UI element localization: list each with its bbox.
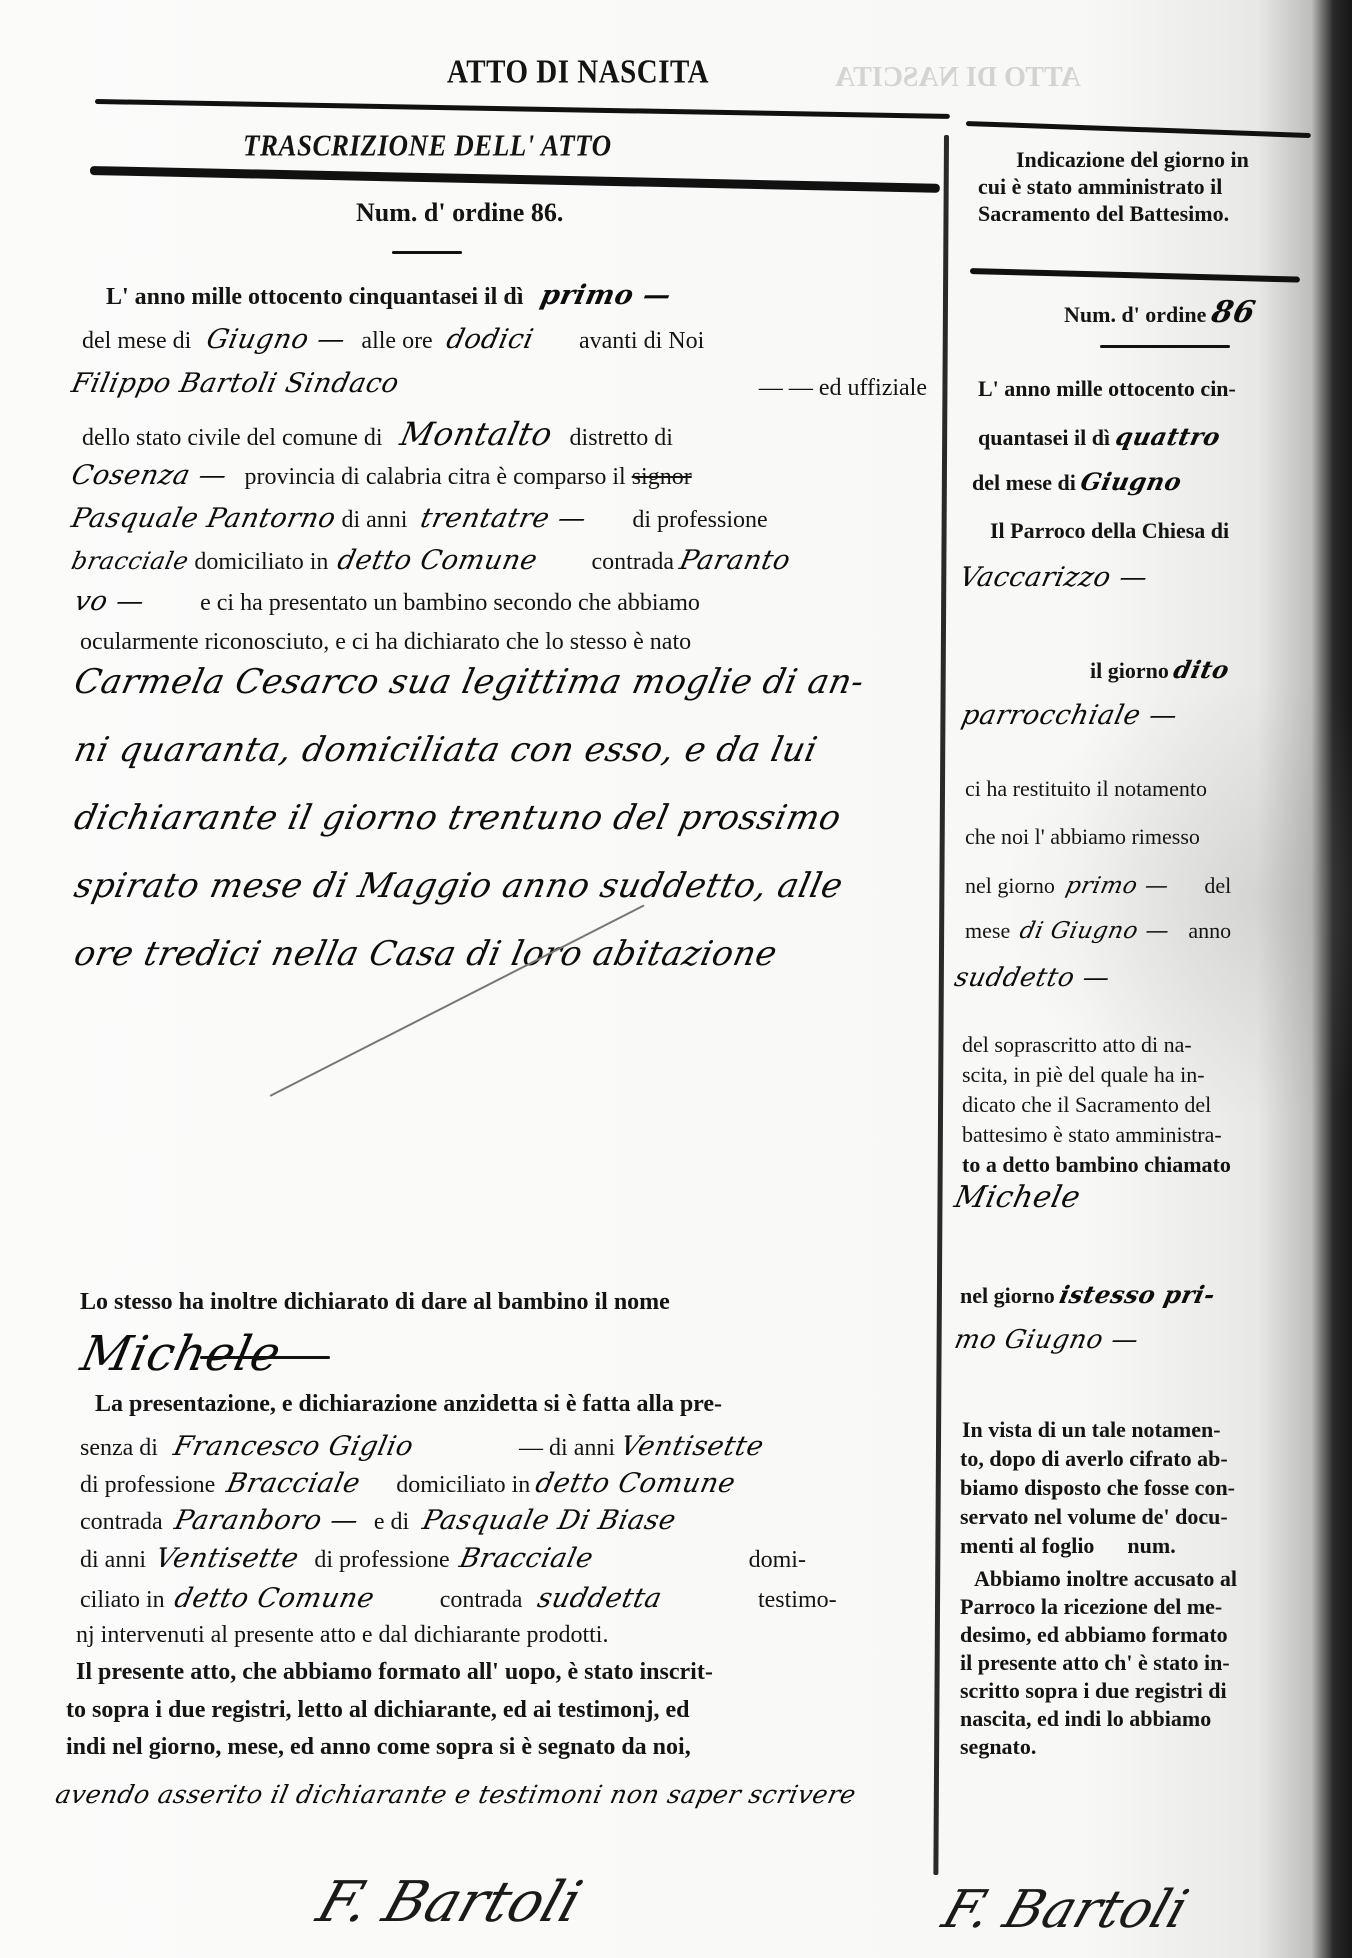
printed-text: nel giorno <box>965 873 1055 898</box>
printed-text: dello stato civile del comune di <box>82 425 383 451</box>
intro-line-5: Cosenza — provincia di calabria citra è … <box>72 462 692 489</box>
closing-line-2: to sopra i due registri, letto al dichia… <box>66 1698 689 1722</box>
printed-text: di anni <box>80 1547 146 1573</box>
struck-text: signor <box>632 464 692 490</box>
order-number: Num. d' ordine 86. <box>356 200 563 226</box>
printed-text: avanti di Noi <box>579 328 704 354</box>
intro-line-4: dello stato civile del comune di Montalt… <box>82 418 927 450</box>
handwritten-parish-note: parrocchiale — <box>959 700 1181 731</box>
handwritten-parish: Vaccarizzo — <box>957 562 1151 593</box>
printed-text: testimo- <box>758 1587 837 1613</box>
declaration-line: dichiarante il giorno trentuno del pross… <box>65 798 868 866</box>
intro-line-7: bracciale domiciliato in detto Comune co… <box>72 547 790 574</box>
closing-handwritten-note: avendo asserito il dichiarante e testimo… <box>53 1780 859 1809</box>
handwritten-baptism-day: istesso pri- <box>1058 1283 1218 1307</box>
witness-line-3: di professione Bracciale domiciliato in … <box>80 1470 735 1497</box>
paragraph-line: scritto sopra i due registri di <box>960 1677 1237 1705</box>
handwritten-witness-2-age: Ventisette <box>153 1545 301 1572</box>
printed-text: provincia di calabria citra è comparso i… <box>245 464 626 490</box>
name-underline <box>200 1356 330 1359</box>
intro-line-2: del mese di Giugno — alle ore dodici ava… <box>82 326 704 353</box>
witness-line-7: nj intervenuti al presente atto e dal di… <box>76 1623 608 1647</box>
order-number-value: 86. <box>531 198 564 227</box>
witness-line-4: contrada Paranboro — e di Pasquale Di Bi… <box>80 1507 676 1534</box>
printed-text: contrada <box>80 1509 163 1535</box>
handwritten-comune: Montalto <box>397 418 555 450</box>
paragraph-line: battesimo è stato amministra- <box>962 1120 1231 1150</box>
handwritten-child-name: Michele <box>76 1326 286 1382</box>
name-statement: Lo stesso ha inoltre dichiarato di dare … <box>80 1290 670 1314</box>
right-line-1: L' anno mille ottocento cin- <box>978 378 1236 400</box>
printed-text: di professione <box>314 1547 449 1573</box>
handwritten-witness-2: Pasquale Di Biase <box>420 1507 678 1534</box>
intro-line-9: ocularmente riconosciuto, e ci ha dichia… <box>80 630 691 654</box>
document-title: ATTO DI NASCITA <box>447 56 709 89</box>
handwritten-witness-2-profession: Bracciale <box>457 1545 596 1572</box>
printed-text: mese <box>965 918 1010 943</box>
paragraph-line: In vista di un tale notamen- <box>960 1415 1235 1444</box>
right-paragraph-2: In vista di un tale notamen- to, dopo di… <box>960 1415 1235 1560</box>
subtitle-rule <box>90 166 940 193</box>
paragraph-line: menti al foglio num. <box>960 1531 1235 1560</box>
printed-text: nel giorno <box>960 1283 1055 1308</box>
intro-line-1: L' anno mille ottocento cinquantasei il … <box>106 282 671 309</box>
paragraph-line: nascita, ed indi lo abbiamo <box>960 1705 1237 1733</box>
order-number-label: Num. d' ordine <box>356 198 524 227</box>
document-subtitle: TRASCRIZIONE DELL' ATTO <box>243 130 612 161</box>
heading-line: Sacramento del Battesimo. <box>978 200 1249 227</box>
paragraph-line: Parroco la ricezione del me- <box>960 1593 1237 1621</box>
handwritten-age: trentatre — <box>419 505 590 532</box>
printed-text: contrada <box>591 549 674 575</box>
handwritten-day: quattro <box>1113 425 1222 449</box>
order-number-value: 86 <box>1209 298 1258 328</box>
printed-text: di anni <box>341 507 407 533</box>
right-line-4: Il Parroco della Chiesa di <box>990 520 1229 542</box>
printed-text: del <box>1204 873 1231 898</box>
signature-left: F. Bartoli <box>309 1870 589 1935</box>
paragraph-line: desimo, ed abbiamo formato <box>960 1621 1237 1649</box>
declaration-line: Carmela Cesarco sua legittima moglie di … <box>65 662 868 730</box>
handwritten-baptism-month: mo Giugno — <box>952 1325 1142 1355</box>
printed-text: anno <box>1188 918 1231 943</box>
handwritten-child-name: Michele <box>951 1180 1083 1215</box>
right-top-rule <box>966 121 1311 138</box>
handwritten-witness-2-residence: detto Comune <box>172 1585 377 1612</box>
handwritten-witness-1: Francesco Giglio <box>171 1433 416 1460</box>
right-heading: Indicazione del giorno in cui è stato am… <box>978 146 1249 227</box>
handwritten-witness-1-profession: Bracciale <box>224 1470 363 1497</box>
handwritten-contrada: Paranto <box>677 547 793 574</box>
printed-text: — — ed uffiziale <box>759 376 927 400</box>
bleedthrough-text: ATTO DI NASCITA <box>835 62 1081 94</box>
printed-text: del mese di <box>972 470 1076 495</box>
handwritten-declarant: Pasquale Pantorno <box>69 505 338 532</box>
printed-text: e ci ha presentato un bambino secondo ch… <box>200 590 700 616</box>
right-paragraph-1: del soprascritto atto di na- scita, in p… <box>962 1030 1231 1180</box>
printed-text: domiciliato in <box>194 549 328 575</box>
printed-text: il giorno <box>1090 658 1169 683</box>
handwritten-day: dito <box>1172 658 1232 682</box>
right-line-3: del mese di Giugno <box>972 470 1182 494</box>
handwritten-day: primo — <box>1064 875 1171 898</box>
printed-text: distretto di <box>570 425 673 451</box>
right-heading-rule <box>970 268 1300 283</box>
handwritten-month: di Giugno — <box>1017 920 1171 943</box>
handwritten-year: suddetto — <box>952 963 1113 993</box>
right-line-13: nel giorno istesso pri- <box>960 1283 1215 1307</box>
ornament-rule <box>392 251 462 254</box>
declaration-block: Carmela Cesarco sua legittima moglie di … <box>72 662 861 1002</box>
handwritten-official: Filippo Bartoli Sindaco <box>69 368 402 399</box>
handwritten-profession: bracciale <box>69 549 190 573</box>
right-ornament-rule <box>1100 345 1230 348</box>
paragraph-line: dicato che il Sacramento del <box>962 1090 1231 1120</box>
handwritten-witness-1-contrada: Paranboro — <box>172 1507 361 1534</box>
printed-text: — di anni <box>519 1435 615 1461</box>
right-line-6: il giorno dito <box>1090 658 1229 682</box>
declaration-line: spirato mese di Maggio anno suddetto, al… <box>65 866 868 934</box>
handwritten-witness-2-contrada: suddetta <box>535 1585 664 1612</box>
printed-text: quantasei il dì <box>978 425 1110 450</box>
declaration-line: ni quaranta, domiciliata con esso, e da … <box>65 730 868 798</box>
right-line-11: mese di Giugno — anno <box>965 920 1231 943</box>
closing-line-1: Il presente atto, che abbiamo formato al… <box>76 1660 713 1684</box>
title-rule <box>95 99 950 119</box>
printed-text: domiciliato in <box>396 1472 530 1498</box>
printed-text: senza di <box>80 1435 158 1461</box>
signature-right: F. Bartoli <box>935 1880 1195 1940</box>
paragraph-line: biamo disposto che fosse con- <box>960 1473 1235 1502</box>
paragraph-line: to, dopo di averlo cifrato ab- <box>960 1444 1235 1473</box>
paragraph-line: segnato. <box>960 1733 1237 1761</box>
handwritten-district: Cosenza — <box>69 462 229 489</box>
handwritten-contrada-cont: vo — <box>72 588 147 615</box>
handwritten-month: Giugno — <box>204 326 348 353</box>
closing-line-3: indi nel giorno, mese, ed anno come sopr… <box>66 1735 691 1759</box>
printed-text: contrada <box>440 1587 523 1613</box>
column-divider <box>933 135 949 1875</box>
handwritten-witness-1-age: Ventisette <box>618 1433 766 1460</box>
witness-line-5: di anni Ventisette di professione Bracci… <box>80 1545 806 1572</box>
handwritten-hour: dodici <box>444 326 536 353</box>
witness-line-2: senza di Francesco Giglio — di anni Vent… <box>80 1433 763 1460</box>
printed-text: di professione <box>80 1472 215 1498</box>
paragraph-line: del soprascritto atto di na- <box>962 1030 1231 1060</box>
paragraph-line: servato nel volume de' docu- <box>960 1502 1235 1531</box>
paragraph-line: Abbiamo inoltre accusato al <box>960 1565 1237 1593</box>
printed-text: alle ore <box>361 328 432 354</box>
printed-text: di professione <box>632 507 767 533</box>
printed-text: del mese di <box>82 328 191 354</box>
handwritten-day: primo — <box>539 282 675 309</box>
scanned-register-page: ATTO DI NASCITA ATTO DI NASCITA TRASCRIZ… <box>0 0 1352 1958</box>
witness-line-1: La presentazione, e dichiarazione anzide… <box>95 1392 722 1416</box>
heading-line: Indicazione del giorno in <box>978 146 1249 173</box>
printed-text: e di <box>374 1509 409 1535</box>
right-order-number: Num. d' ordine 86 <box>1064 298 1255 328</box>
order-number-label: Num. d' ordine <box>1064 302 1206 327</box>
declaration-line: ore tredici nella Casa di loro abitazion… <box>65 934 868 1002</box>
paragraph-line: to a detto bambino chiamato <box>962 1150 1231 1180</box>
paragraph-line: il presente atto ch' è stato in- <box>960 1649 1237 1677</box>
right-line-2: quantasei il dì quattro <box>978 425 1220 449</box>
right-paragraph-3: Abbiamo inoltre accusato al Parroco la r… <box>960 1565 1237 1761</box>
right-line-10: nel giorno primo — del <box>965 875 1231 898</box>
heading-line: cui è stato amministrato il <box>978 173 1249 200</box>
printed-text: L' anno mille ottocento cinquantasei il … <box>106 284 523 310</box>
handwritten-month: Giugno <box>1079 470 1184 494</box>
witness-line-6: ciliato in detto Comune contrada suddett… <box>80 1585 837 1612</box>
right-line-9: che noi l' abbiamo rimesso <box>965 826 1200 848</box>
handwritten-residence: detto Comune <box>336 547 541 574</box>
intro-line-8: vo — e ci ha presentato un bambino secon… <box>75 588 700 615</box>
intro-line-6: Pasquale Pantorno di anni trentatre — di… <box>72 505 768 532</box>
handwritten-witness-1-residence: detto Comune <box>533 1470 738 1497</box>
paragraph-line: scita, in piè del quale ha in- <box>962 1060 1231 1090</box>
right-line-8: ci ha restituito il notamento <box>965 778 1207 800</box>
printed-text: domi- <box>749 1547 806 1573</box>
printed-text: ciliato in <box>80 1587 165 1613</box>
